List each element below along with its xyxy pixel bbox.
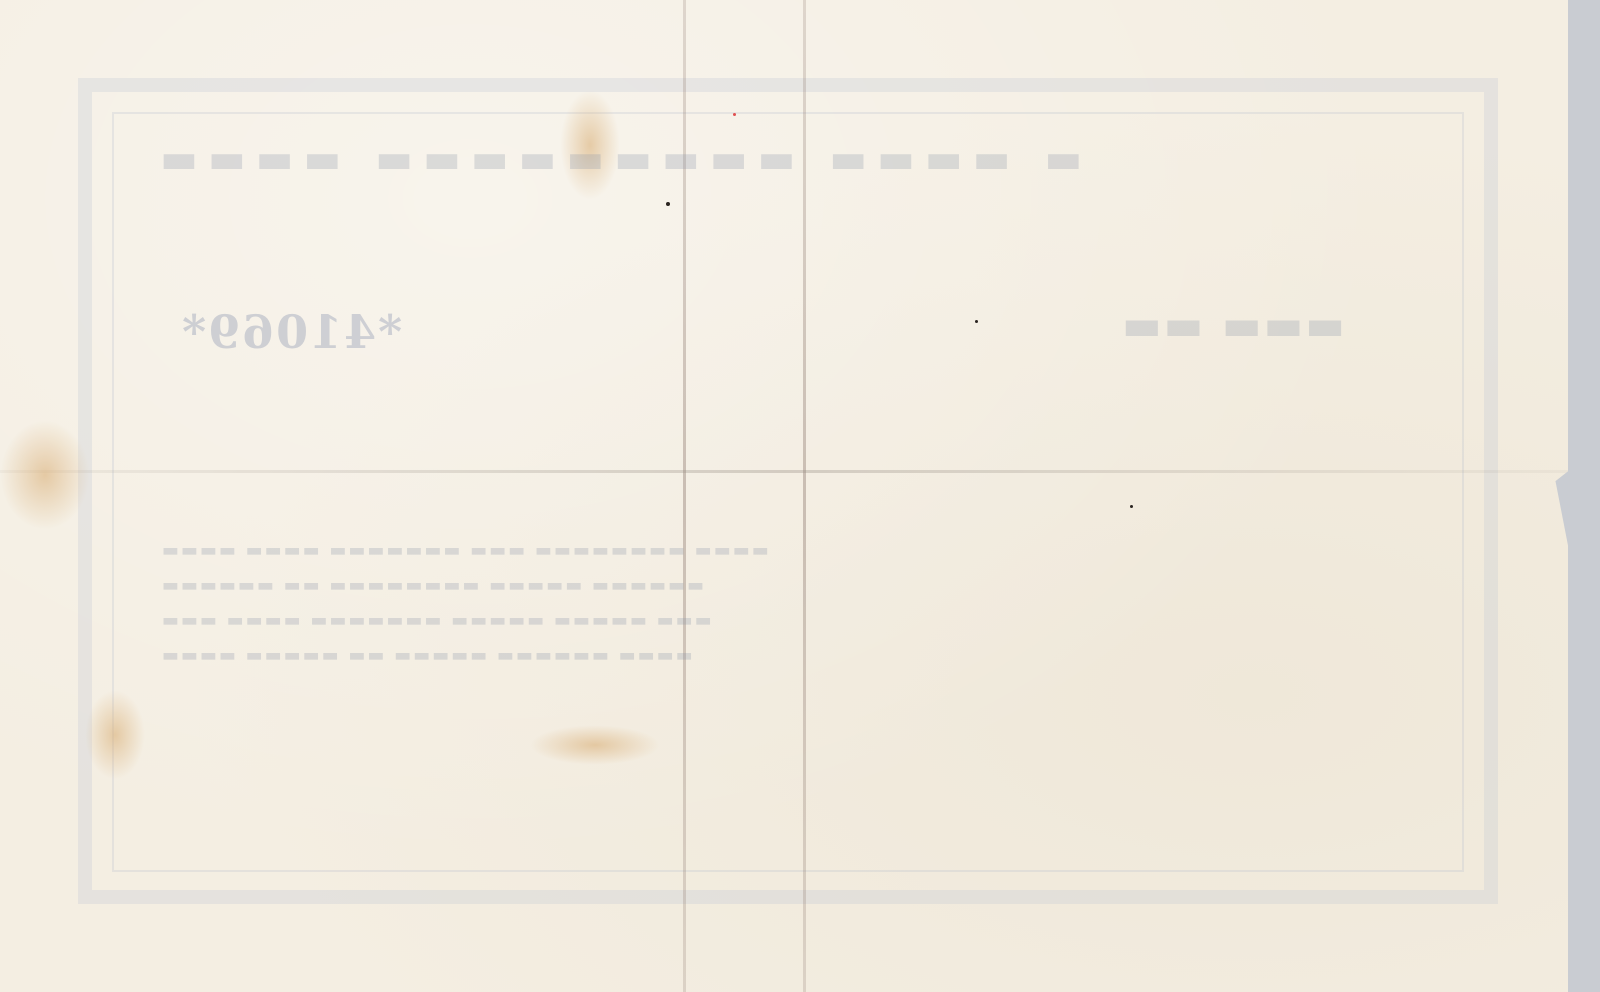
ghost-text-line: ▬▬▬▬ ▬▬▬▬▬▬▬▬ ▬▬▬ ▬▬▬▬▬▬▬ ▬▬▬▬ ▬▬▬▬ xyxy=(160,540,769,561)
ghost-serial-number: *41069* xyxy=(180,305,402,359)
ghost-text-line: ▬▬▬ ▬▬▬▬▬ ▬▬▬▬▬ ▬▬▬▬▬▬▬ ▬▬▬▬ ▬▬▬ xyxy=(160,610,712,631)
ink-speck xyxy=(733,113,736,116)
horizontal-fold xyxy=(0,470,1568,473)
stain xyxy=(530,725,660,765)
ghost-text-line: ▬▬▬▬▬▬ ▬▬▬▬▬ ▬▬▬▬▬▬▬▬ ▬▬ ▬▬▬▬▬▬ xyxy=(160,575,704,596)
stain xyxy=(0,420,90,530)
ghost-text-line: ▬▬▬▬ ▬▬▬▬▬▬ ▬▬▬▬▬ ▬▬ ▬▬▬▬▬ ▬▬▬▬ xyxy=(160,645,693,666)
ink-speck xyxy=(666,202,670,206)
ghost-title-text: ▬ ▬▬▬▬ ▬▬▬▬▬▬▬▬▬ ▬▬▬▬ xyxy=(150,135,1082,182)
stain xyxy=(85,690,145,780)
paper-sheet: ▬ ▬▬▬▬ ▬▬▬▬▬▬▬▬▬ ▬▬▬▬ *41069* ▬▬▬ ▬▬ ▬▬▬… xyxy=(0,0,1568,992)
ghost-denomination: ▬▬▬ ▬▬ xyxy=(1120,300,1345,349)
ink-speck xyxy=(1130,505,1133,508)
ink-speck xyxy=(975,320,978,323)
inner-border-frame xyxy=(112,112,1464,872)
